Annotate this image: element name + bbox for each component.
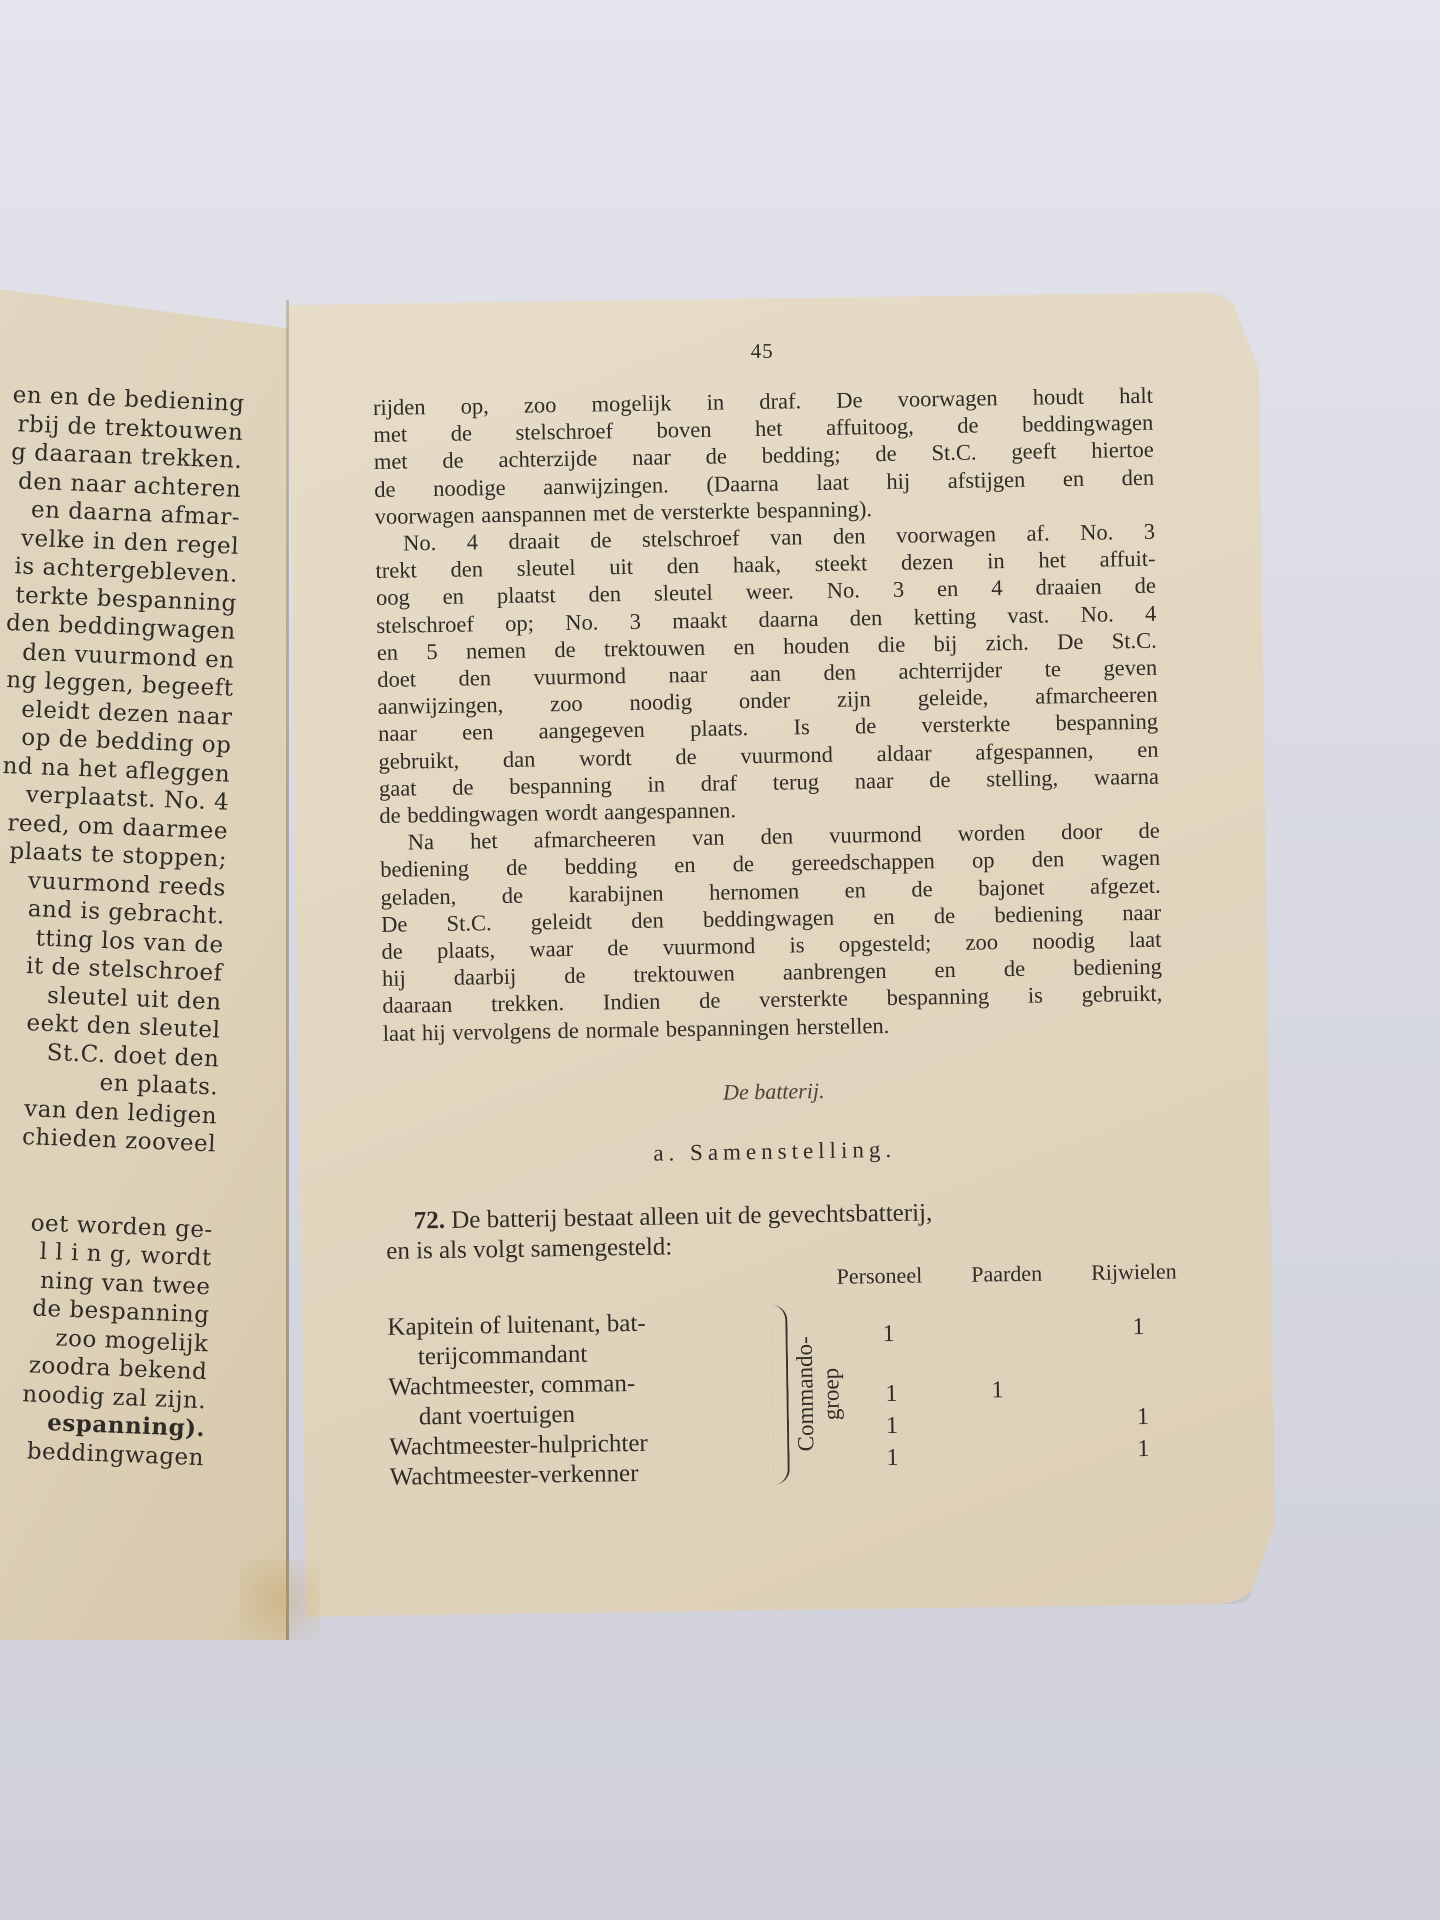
row-label-continued: dant voertuigen: [389, 1400, 576, 1433]
paragraph-number: 72.: [414, 1207, 446, 1234]
cell-personeel: 1: [885, 1381, 897, 1408]
column-header-paarden: Paarden: [971, 1260, 1042, 1287]
row-label-continued: terijcommandant: [388, 1340, 588, 1373]
cell-rijwielen: 1: [1132, 1314, 1144, 1341]
text-line: De batterij bestaat alleen uit de gevech…: [451, 1199, 932, 1234]
paragraph-3: Na het afmarcheeren van den vuurmond wor…: [380, 817, 1163, 1047]
cell-personeel: 1: [886, 1413, 898, 1440]
cell-paarden: 1: [991, 1377, 1003, 1404]
left-section-gap: [0, 1149, 215, 1216]
row-label: Kapitein of luitenant, bat-: [387, 1309, 646, 1343]
subsection-title: a. Samenstelling.: [385, 1133, 1165, 1171]
right-page-content: 45 rijden op, zoo mogelijk in draf. De v…: [372, 333, 1170, 1511]
column-header-personeel: Personeel: [836, 1262, 922, 1289]
group-label-line-1: Commando-: [792, 1336, 820, 1451]
section-title: De batterij.: [384, 1073, 1164, 1111]
cell-rijwielen: 1: [1137, 1404, 1149, 1431]
paper-stain: [240, 1560, 320, 1640]
paragraph-1: rijden op, zoo mogelijk in draf. De voor…: [373, 382, 1155, 530]
table-header: Personeel Paarden Rijwielen: [836, 1258, 1176, 1289]
paragraph-2: No. 4 draait de stelschroef van den voor…: [375, 518, 1160, 829]
composition-table: Personeel Paarden Rijwielen Kapitein of …: [387, 1259, 1171, 1511]
row-label: Wachtmeester, comman-: [388, 1369, 635, 1403]
cell-personeel: 1: [882, 1321, 894, 1348]
cell-rijwielen: 1: [1137, 1436, 1149, 1463]
paragraph-72: 72. De batterij bestaat alleen uit de ge…: [386, 1195, 1167, 1267]
row-label: Wachtmeester-verkenner: [390, 1459, 639, 1493]
row-label: Wachtmeester-hulprichter: [389, 1429, 648, 1463]
cell-personeel: 1: [886, 1445, 898, 1472]
left-page-text: en en de bediening rbij de trektouwen g …: [0, 380, 245, 1472]
group-label-line-2: groep: [818, 1367, 845, 1420]
group-label: Commando- groep: [787, 1304, 850, 1485]
column-header-rijwielen: Rijwielen: [1091, 1258, 1177, 1285]
book-gutter: [286, 300, 289, 1640]
